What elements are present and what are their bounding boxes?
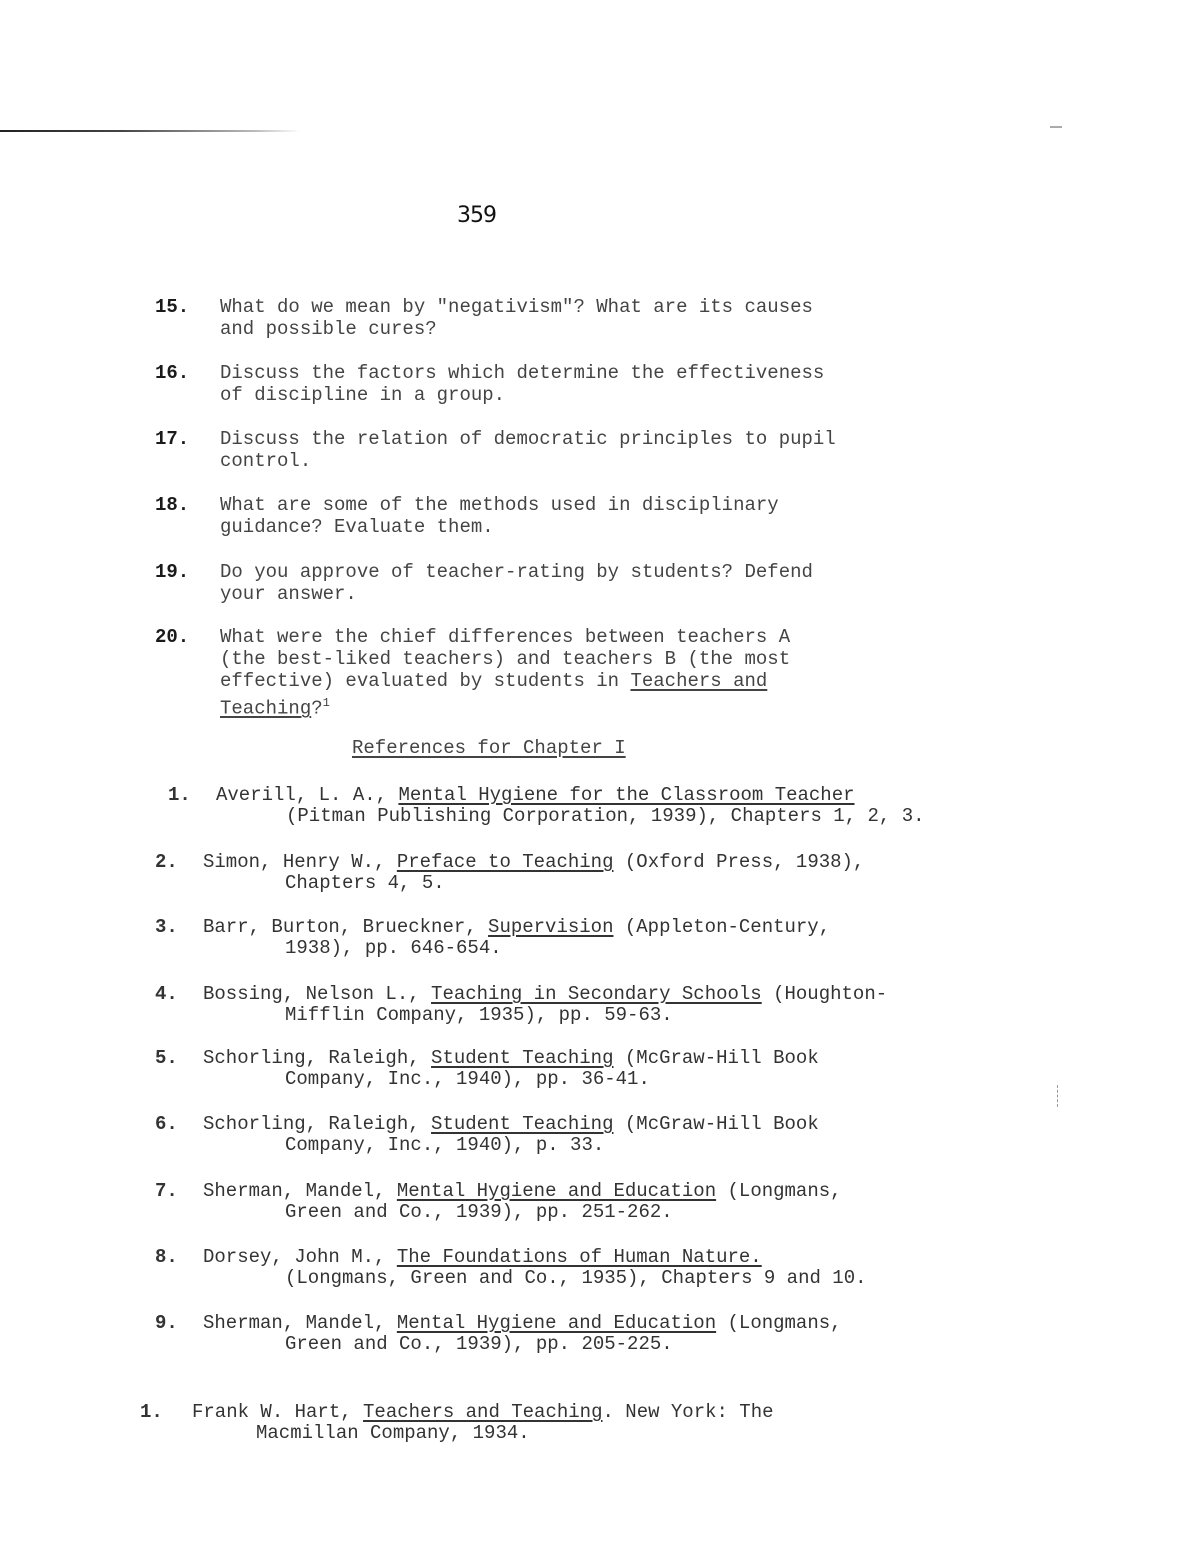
book-title: Teaching — [220, 697, 311, 719]
reference-publisher: (Longmans, — [716, 1180, 841, 1202]
question-number: 19. — [155, 561, 189, 583]
question-line: of discipline in a group. — [220, 384, 980, 406]
reference-title: Supervision — [488, 916, 613, 938]
footnote-publisher: . New York: The — [602, 1401, 773, 1423]
question-line: Do you approve of teacher-rating by stud… — [220, 561, 980, 583]
question-line: and possible cures? — [220, 318, 980, 340]
footnote-author: Frank W. Hart, — [192, 1401, 363, 1423]
question-line: Discuss the factors which determine the … — [220, 362, 980, 384]
scan-edge-rule — [0, 130, 300, 132]
reference-title: Mental Hygiene and Education — [397, 1312, 716, 1334]
question-text: effective) evaluated by students in — [220, 670, 630, 692]
reference-number: 7. — [155, 1181, 178, 1202]
question-number: 20. — [155, 626, 189, 648]
question-text: ? — [311, 697, 322, 719]
reference-details: Green and Co., 1939), pp. 251-262. — [285, 1202, 673, 1223]
question-number: 16. — [155, 362, 189, 384]
reference-number: 4. — [155, 984, 178, 1005]
reference-publisher: (Houghton- — [762, 983, 887, 1005]
question-line: guidance? Evaluate them. — [220, 516, 980, 538]
question-number: 17. — [155, 428, 189, 450]
references-heading: References for Chapter I — [352, 737, 626, 759]
footnote-number: 1. — [140, 1402, 163, 1423]
question-line: control. — [220, 450, 980, 472]
question-number: 15. — [155, 296, 189, 318]
reference-publisher: (Longmans, — [716, 1312, 841, 1334]
reference-number: 5. — [155, 1048, 178, 1069]
page-number: 359 — [457, 203, 496, 228]
reference-details: 1938), pp. 646-654. — [285, 938, 502, 959]
reference-details: Green and Co., 1939), pp. 205-225. — [285, 1334, 673, 1355]
reference-author: Sherman, Mandel, — [203, 1312, 397, 1334]
question-line: effective) evaluated by students in Teac… — [220, 670, 980, 692]
reference-number: 3. — [155, 917, 178, 938]
reference-title: The Foundations of Human Nature. — [397, 1246, 762, 1268]
footnote-marker: 1 — [323, 696, 330, 710]
question-line: (the best-liked teachers) and teachers B… — [220, 648, 980, 670]
question-line: Teaching?1 — [220, 692, 980, 719]
reference-title: Student Teaching — [431, 1113, 613, 1135]
question-line: What do we mean by "negativism"? What ar… — [220, 296, 980, 318]
book-title: Teachers and — [630, 670, 767, 692]
reference-details: (Pitman Publishing Corporation, 1939), C… — [286, 806, 925, 827]
reference-number: 2. — [155, 852, 178, 873]
footnote-title: Teachers and Teaching — [363, 1401, 602, 1423]
reference-publisher: (McGraw-Hill Book — [613, 1047, 818, 1069]
reference-title: Preface to Teaching — [397, 851, 614, 873]
footnote-details: Macmillan Company, 1934. — [256, 1423, 530, 1444]
reference-details: Chapters 4, 5. — [285, 873, 445, 894]
reference-details: Company, Inc., 1940), pp. 36-41. — [285, 1069, 650, 1090]
reference-publisher: (McGraw-Hill Book — [613, 1113, 818, 1135]
reference-author: Bossing, Nelson L., — [203, 983, 431, 1005]
reference-number: 1. — [168, 785, 191, 806]
question-line: What are some of the methods used in dis… — [220, 494, 980, 516]
reference-author: Averill, L. A., — [216, 784, 398, 806]
reference-title: Teaching in Secondary Schools — [431, 983, 762, 1005]
reference-number: 6. — [155, 1114, 178, 1135]
reference-author: Schorling, Raleigh, — [203, 1113, 431, 1135]
reference-author: Barr, Burton, Brueckner, — [203, 916, 488, 938]
reference-author: Schorling, Raleigh, — [203, 1047, 431, 1069]
reference-author: Sherman, Mandel, — [203, 1180, 397, 1202]
question-line: your answer. — [220, 583, 980, 605]
reference-publisher: (Oxford Press, 1938), — [613, 851, 864, 873]
question-number: 18. — [155, 494, 189, 516]
reference-publisher: (Appleton-Century, — [613, 916, 830, 938]
reference-details: Company, Inc., 1940), p. 33. — [285, 1135, 604, 1156]
question-line: Discuss the relation of democratic princ… — [220, 428, 980, 450]
reference-author: Simon, Henry W., — [203, 851, 397, 873]
question-line: What were the chief differences between … — [220, 626, 980, 648]
reference-title: Mental Hygiene and Education — [397, 1180, 716, 1202]
reference-title: Student Teaching — [431, 1047, 613, 1069]
scan-edge-mark — [1050, 126, 1062, 128]
reference-author: Dorsey, John M., — [203, 1246, 397, 1268]
reference-number: 8. — [155, 1247, 178, 1268]
reference-details: (Longmans, Green and Co., 1935), Chapter… — [285, 1268, 867, 1289]
reference-title: Mental Hygiene for the Classroom Teacher — [398, 784, 854, 806]
scan-margin-mark — [1057, 1085, 1059, 1107]
reference-details: Mifflin Company, 1935), pp. 59-63. — [285, 1005, 673, 1026]
reference-number: 9. — [155, 1313, 178, 1334]
